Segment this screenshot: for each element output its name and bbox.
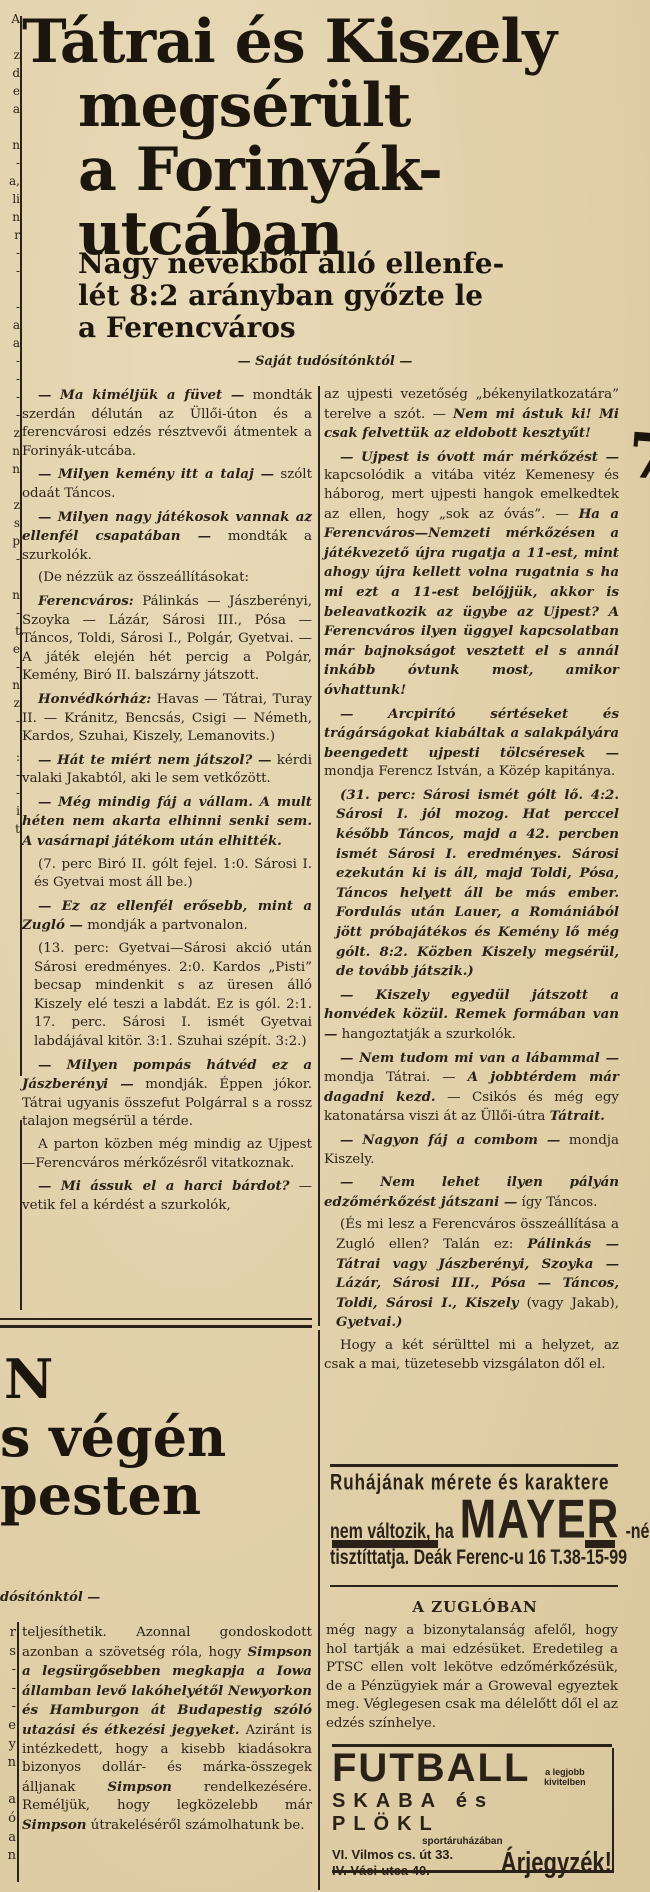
margin-fragment bbox=[0, 478, 20, 496]
section-rule bbox=[0, 1325, 312, 1328]
paragraph: — Mi ássuk el a harci bárdot? — vetik fe… bbox=[22, 1177, 312, 1215]
paragraph: teljesíthetik. Azonnal gondoskodott azon… bbox=[22, 1624, 312, 1836]
margin-fragment: n bbox=[0, 586, 20, 604]
margin-fragment: a bbox=[0, 334, 20, 352]
margin-fragment: a bbox=[0, 100, 20, 118]
margin-fragment bbox=[0, 280, 20, 298]
zuglo-paragraph: még nagy a bizonytalanság afelől, hogy h… bbox=[326, 1622, 618, 1738]
margin-fragment: a bbox=[0, 1829, 16, 1848]
paragraph: Ferencváros: Pálinkás — Jászberényi, Szo… bbox=[22, 592, 312, 686]
ad-firm-name: SKABA és PLÖKL bbox=[332, 1790, 612, 1836]
article2-headline: N s végén pesten bbox=[0, 1350, 310, 1524]
margin-fragment bbox=[0, 730, 20, 748]
paragraph: — Nagyon fáj a combom — mondja Kiszely. bbox=[324, 1131, 619, 1169]
margin-fragment: a bbox=[0, 316, 20, 334]
margin-fragment: s bbox=[0, 514, 20, 532]
margin-fragment: li bbox=[0, 190, 20, 208]
margin-fragment: - bbox=[0, 1680, 16, 1699]
futball-advertisement: FUTBALL a legjobb kivitelben SKABA és PL… bbox=[332, 1748, 614, 1870]
margin-fragment: n bbox=[0, 136, 20, 154]
paragraph: — Nem tudom mi van a lábammal — mondja T… bbox=[324, 1049, 619, 1127]
headline-line: a Forinyák- bbox=[78, 138, 622, 202]
subhead-line: lét 8:2 arányban győzte le bbox=[78, 280, 618, 312]
margin-fragment: - bbox=[0, 262, 20, 280]
paragraph: még nagy a bizonytalanság afelől, hogy h… bbox=[326, 1622, 618, 1734]
margin-fragment: - bbox=[0, 712, 20, 730]
paragraph: — Milyen kemény itt a talaj — szólt odaá… bbox=[22, 465, 312, 503]
margin-fragment: n bbox=[0, 1847, 16, 1866]
headline-line: s végén bbox=[0, 1408, 310, 1466]
paragraph: — Még mindig fáj a vállam. A mult héten … bbox=[22, 793, 312, 852]
paragraph: (De nézzük az összeállításokat: bbox=[22, 569, 312, 588]
margin-fragment: e bbox=[0, 640, 20, 658]
margin-fragment: t bbox=[0, 820, 20, 838]
margin-fragment: - bbox=[0, 406, 20, 424]
article-column-right: az ujpesti vezetőség „békenyilatkozatára… bbox=[324, 386, 619, 1378]
paragraph: — Nem lehet ilyen pályán edzőmérkőzést j… bbox=[324, 1173, 619, 1212]
paragraph: — Milyen pompás hátvéd ez a Jászberényi … bbox=[22, 1056, 312, 1132]
article2-margin-fragments: rs---eyn aóan bbox=[0, 1624, 16, 1866]
paragraph: — Hát te miért nem játszol? — kérdi vala… bbox=[22, 751, 312, 789]
margin-fragment: : bbox=[0, 748, 20, 766]
margin-fragment: e bbox=[0, 82, 20, 100]
article-byline: — Saját tudósítónktól — bbox=[0, 354, 650, 369]
margin-fragment: z bbox=[0, 694, 20, 712]
margin-fragment: - bbox=[0, 1698, 16, 1717]
headline-line: pesten bbox=[0, 1466, 310, 1524]
margin-fragment bbox=[0, 118, 20, 136]
margin-fragment-strip: A zdea n-a,linr-- -aa----znn zsp- n-te-n… bbox=[0, 10, 20, 838]
ad-address: VI. Vilmos cs. út 33. bbox=[332, 1847, 453, 1863]
ad-bar bbox=[332, 1540, 438, 1548]
headline-line: N bbox=[4, 1350, 310, 1408]
margin-fragment: - bbox=[0, 784, 20, 802]
margin-fragment: - bbox=[0, 388, 20, 406]
paragraph: (7. perc Biró II. gólt fejel. 1:0. Sáros… bbox=[22, 856, 312, 893]
margin-fragment: n bbox=[0, 442, 20, 460]
margin-fragment: - bbox=[0, 154, 20, 172]
section-title: A ZUGLÓBAN bbox=[330, 1598, 620, 1616]
margin-fragment: - bbox=[0, 550, 20, 568]
margin-fragment: p bbox=[0, 532, 20, 550]
paragraph: Honvédkórház: Havas — Tátrai, Turay II. … bbox=[22, 690, 312, 747]
margin-fragment: n bbox=[0, 676, 20, 694]
margin-fragment: A bbox=[0, 10, 20, 28]
margin-fragment: r bbox=[0, 1624, 16, 1643]
ad-rule bbox=[330, 1585, 618, 1587]
margin-fragment: - bbox=[0, 244, 20, 262]
paragraph: — Arcpirító sértéseket és trágárságokat … bbox=[324, 705, 619, 782]
margin-fragment: d bbox=[0, 64, 20, 82]
margin-fragment: r bbox=[0, 226, 20, 244]
mayer-advertisement: Ruhájának mérete és karaktere nem változ… bbox=[330, 1470, 620, 1568]
column-divider bbox=[318, 386, 320, 1326]
paragraph: A parton közben még mindig az Ujpest—Fer… bbox=[22, 1136, 312, 1173]
paragraph: az ujpesti vezetőség „békenyilatkozatára… bbox=[324, 386, 619, 444]
ad-rule bbox=[330, 1464, 618, 1467]
paragraph: (13. perc: Gyetvai—Sárosi akció után Sár… bbox=[22, 940, 312, 1052]
margin-fragment: - bbox=[0, 298, 20, 316]
margin-fragment: z bbox=[0, 46, 20, 64]
ad-headline: FUTBALL bbox=[332, 1748, 530, 1788]
ad-line: tisztíttatja. Deák Ferenc-u 16 T.38-15-9… bbox=[330, 1547, 620, 1570]
ad-tagline: a legjobb kivitelben bbox=[535, 1767, 595, 1787]
margin-fragment: a, bbox=[0, 172, 20, 190]
subhead-line: Nagy nevekből álló ellenfe- bbox=[78, 248, 618, 280]
article-subheadline: Nagy nevekből álló ellenfe- lét 8:2 arán… bbox=[78, 248, 618, 344]
ad-bar bbox=[585, 1540, 615, 1548]
margin-fragment: n bbox=[0, 460, 20, 478]
paragraph: (És mi lesz a Ferencváros összeállítása … bbox=[324, 1216, 619, 1333]
margin-fragment: e bbox=[0, 1717, 16, 1736]
paragraph: Hogy a két sérülttel mi a helyzet, az cs… bbox=[324, 1337, 619, 1374]
article-headline: Tátrai és Kiszely megsérült a Forinyák- … bbox=[22, 10, 622, 266]
margin-fragment: s bbox=[0, 1643, 16, 1662]
margin-fragment: ó bbox=[0, 1810, 16, 1829]
paragraph: — Ma kiméljük a füvet — mondták szerdán … bbox=[22, 386, 312, 461]
margin-fragment: - bbox=[0, 1661, 16, 1680]
paragraph: — Ez az ellenfél erősebb, mint a Zugló —… bbox=[22, 897, 312, 936]
article-column-left: — Ma kiméljük a füvet — mondták szerdán … bbox=[22, 386, 312, 1219]
margin-fragment: z bbox=[0, 496, 20, 514]
article2-byline: dósítónktól — bbox=[0, 1590, 100, 1605]
margin-fragment: i bbox=[0, 802, 20, 820]
ad-price-list: Árjegyzék! bbox=[501, 1846, 612, 1880]
margin-fragment: - bbox=[0, 370, 20, 388]
margin-fragment: - bbox=[0, 658, 20, 676]
section-rule bbox=[0, 1318, 312, 1320]
margin-fragment bbox=[0, 1773, 16, 1792]
headline-line: megsérült bbox=[78, 74, 622, 138]
column-divider bbox=[318, 1330, 320, 1890]
paragraph: — Milyen nagy játékosok vannak az ellenf… bbox=[22, 508, 312, 566]
paragraph: — Ujpest is óvott már mérkőzést — kapcso… bbox=[324, 448, 619, 701]
margin-fragment: n bbox=[0, 208, 20, 226]
margin-fragment: - bbox=[0, 604, 20, 622]
ad-brand-suffix: -nél bbox=[625, 1521, 650, 1544]
handwritten-margin-mark: 7 bbox=[626, 419, 650, 495]
margin-fragment: - bbox=[0, 766, 20, 784]
margin-fragment bbox=[0, 568, 20, 586]
paragraph: (31. perc: Sárosi ismét gólt lő. 4:2. Sá… bbox=[324, 786, 619, 982]
ad-rule bbox=[332, 1870, 614, 1873]
margin-fragment: t bbox=[0, 622, 20, 640]
margin-fragment bbox=[0, 28, 20, 46]
article2-body: teljesíthetik. Azonnal gondoskodott azon… bbox=[22, 1624, 312, 1840]
column-rule bbox=[17, 1622, 19, 1882]
margin-fragment: z bbox=[0, 424, 20, 442]
margin-fragment: a bbox=[0, 1791, 16, 1810]
margin-fragment: n bbox=[0, 1754, 16, 1773]
headline-line: Tátrai és Kiszely bbox=[22, 10, 622, 74]
subhead-line: a Ferencváros bbox=[78, 312, 618, 344]
margin-fragment: y bbox=[0, 1736, 16, 1755]
paragraph: — Kiszely egyedül játszott a honvédek kö… bbox=[324, 986, 619, 1045]
